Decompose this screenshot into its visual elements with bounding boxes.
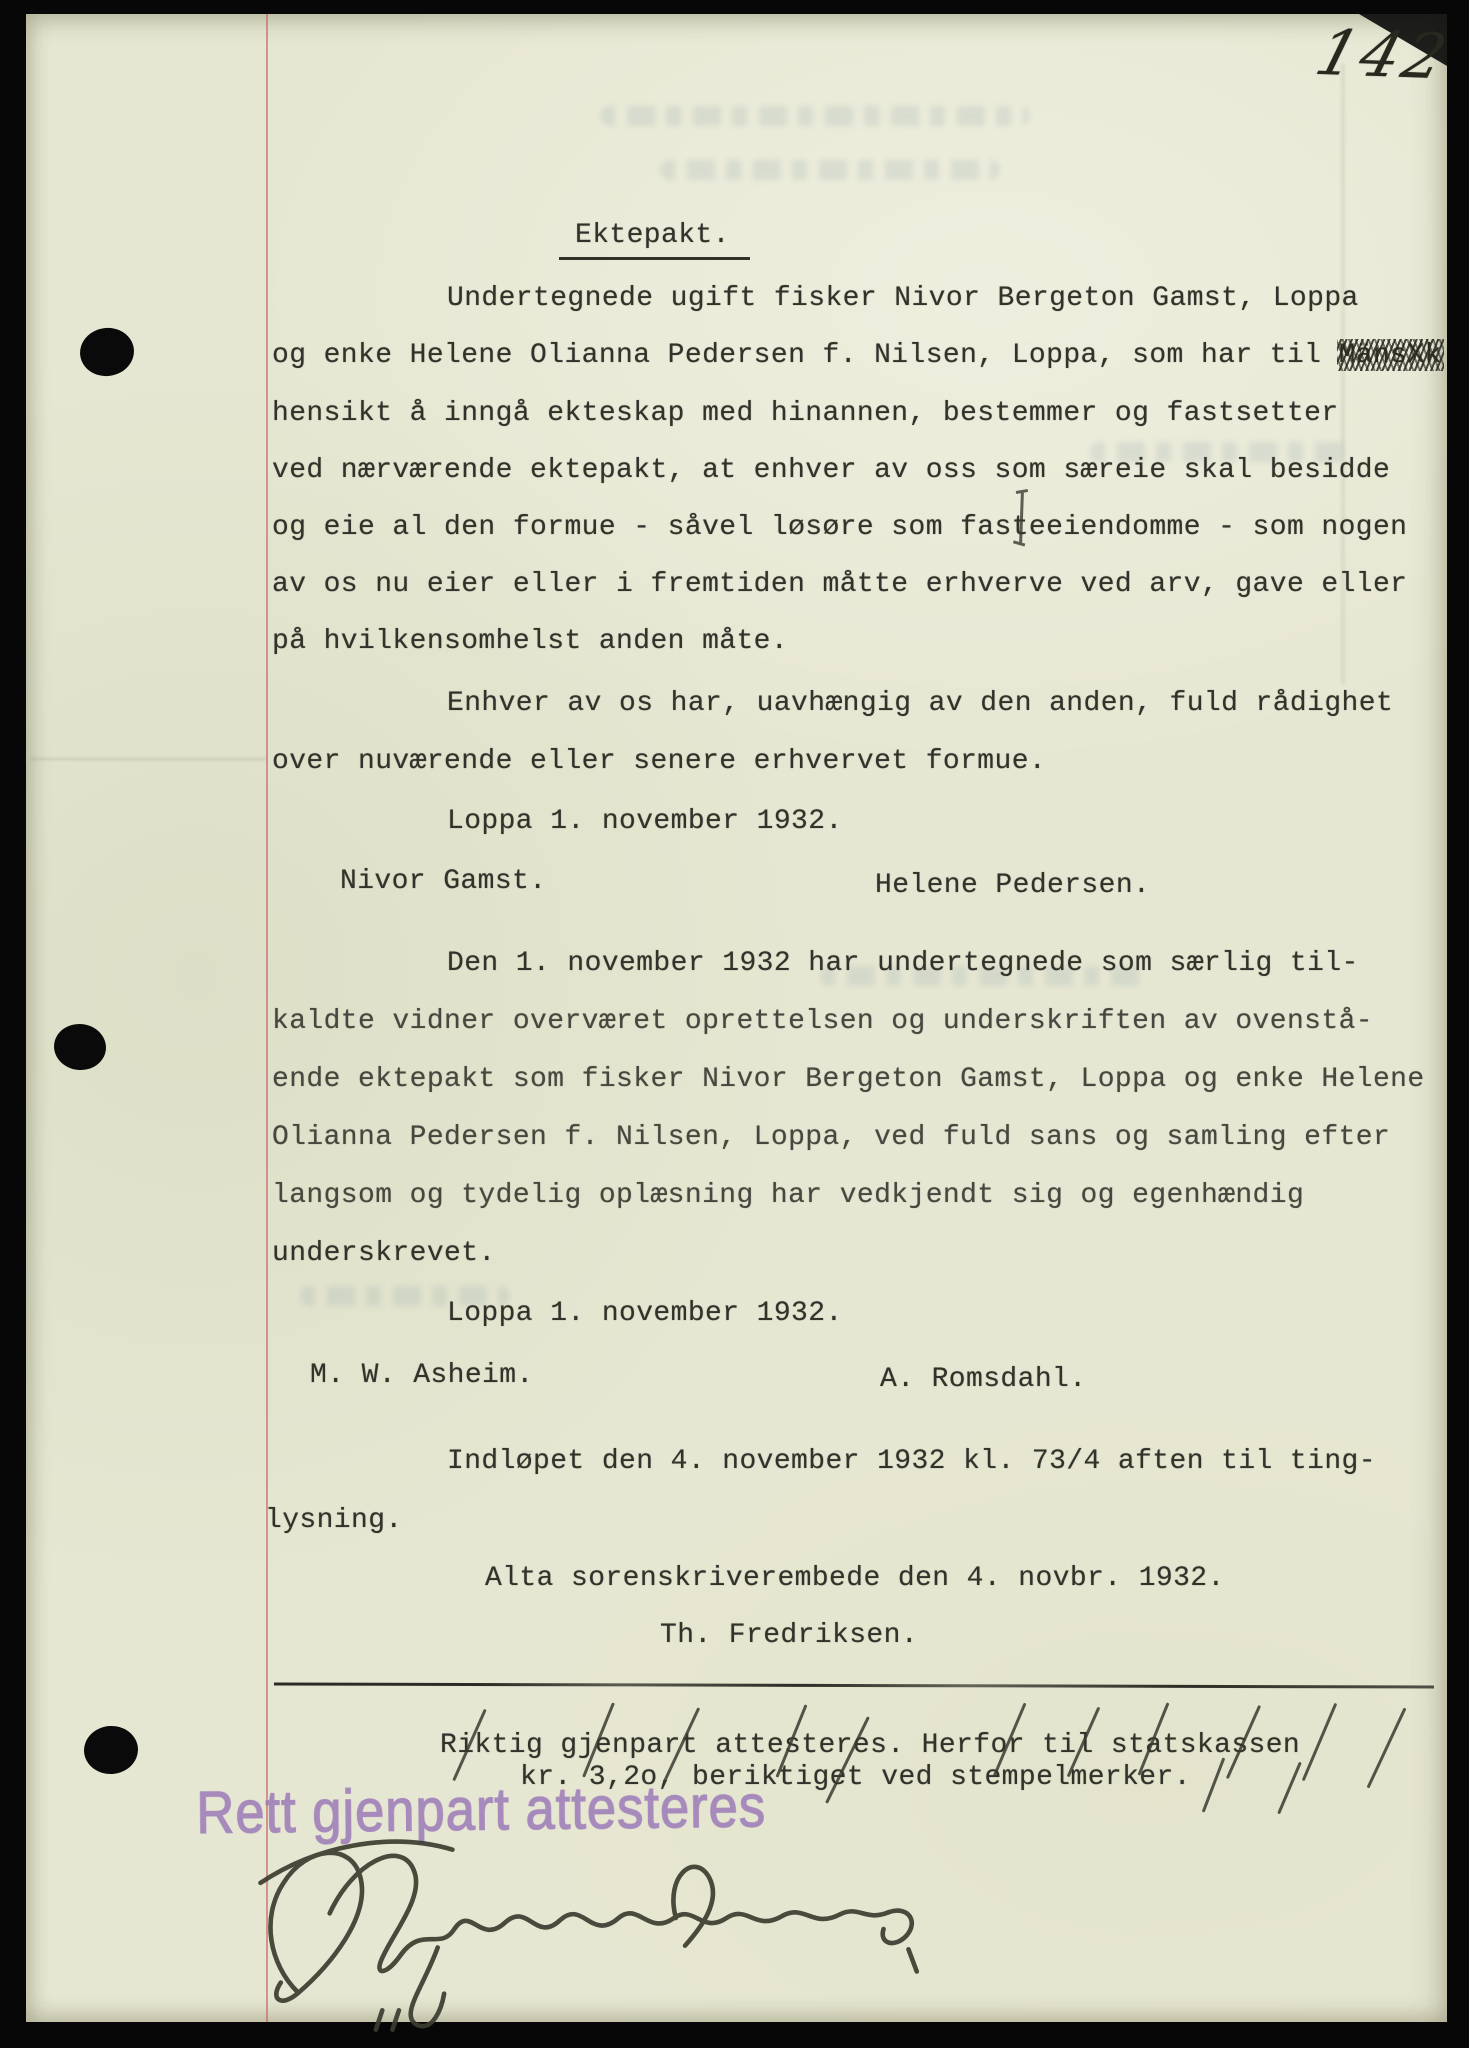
typed-line: langsom og tydelig oplæsning har vedkjen… xyxy=(272,1182,1304,1210)
typed-line: Indløpet den 4. november 1932 kl. 73/4 a… xyxy=(447,1448,1376,1476)
typed-line: hensikt å inngå ekteskap med hinannen, b… xyxy=(272,400,1339,428)
typed-line: ved nærværende ektepakt, at enhver av os… xyxy=(272,457,1390,485)
paper-crease xyxy=(30,758,266,760)
typed-registrar-name: Th. Fredriksen. xyxy=(660,1622,918,1650)
typed-line: over nuværende eller senere erhvervet fo… xyxy=(272,748,1046,776)
overstruck-text: MänsXk xyxy=(1339,342,1442,370)
typed-line: Den 1. november 1932 har undertegnede so… xyxy=(447,950,1359,978)
typed-line: Enhver av os har, uavhængig av den anden… xyxy=(447,690,1393,718)
ink-bleedthrough xyxy=(600,106,1030,126)
typed-line: av os nu eier eller i fremtiden måtte er… xyxy=(272,571,1407,599)
hole-punch xyxy=(82,1724,139,1776)
typed-line: lysning. xyxy=(265,1507,403,1535)
typed-line: Alta sorenskriverembede den 4. novbr. 19… xyxy=(485,1565,1225,1593)
typed-line: Undertegnede ugift fisker Nivor Bergeton… xyxy=(447,285,1359,313)
typed-line: på hvilkensomhelst anden måte. xyxy=(272,628,788,656)
typed-line: ende ektepakt som fisker Nivor Bergeton … xyxy=(272,1066,1425,1094)
document-heading: Ektepakt. xyxy=(575,222,750,260)
scanned-document-page: 142 Ektepakt. Undertegnede ugift fisker … xyxy=(0,0,1469,2048)
margin-line xyxy=(266,14,268,2022)
typed-line: Loppa 1. november 1932. xyxy=(447,808,843,836)
typed-attestation-line: Riktig gjenpart attesteres. Herfor til s… xyxy=(440,1732,1300,1760)
page-number: 142 xyxy=(1308,16,1458,94)
typed-line: og eie al den formue - såvel løsøre som … xyxy=(272,514,1407,542)
typed-signature-groom: Nivor Gamst. xyxy=(340,868,546,896)
typed-line: og enke Helene Olianna Pedersen f. Nilse… xyxy=(272,342,1442,370)
typed-witness-1: M. W. Asheim. xyxy=(310,1362,534,1390)
ink-bleedthrough xyxy=(660,160,1000,180)
typed-witness-2: A. Romsdahl. xyxy=(880,1366,1086,1394)
hole-punch xyxy=(52,1021,109,1072)
typed-line: Olianna Pedersen f. Nilsen, Loppa, ved f… xyxy=(272,1124,1390,1152)
typed-line: Loppa 1. november 1932. xyxy=(447,1300,843,1328)
hole-punch xyxy=(77,324,137,379)
typed-line: kaldte vidner overværet oprettelsen og u… xyxy=(272,1008,1373,1036)
typed-signature-bride: Helene Pedersen. xyxy=(875,872,1150,900)
typed-line: underskrevet. xyxy=(272,1240,496,1268)
signature-handwriting xyxy=(242,1822,962,2042)
